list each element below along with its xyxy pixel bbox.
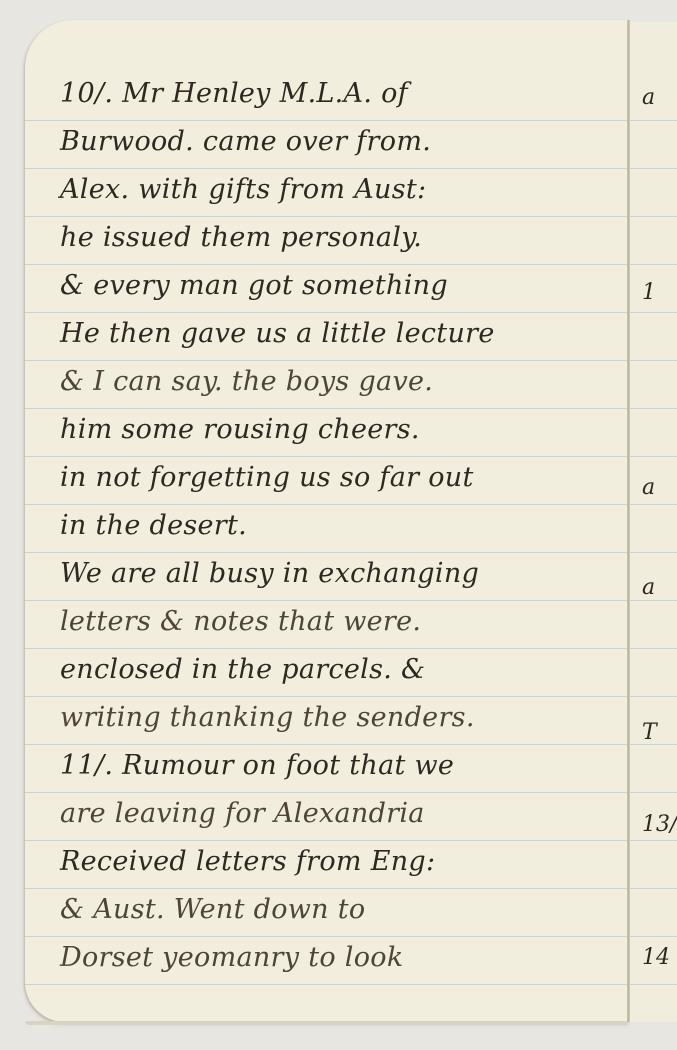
diary-line: enclosed in the parcels. & <box>60 646 630 694</box>
ruled-line <box>630 936 677 937</box>
right-page-fragment: 13/ <box>642 812 677 837</box>
ruled-line <box>630 696 677 697</box>
diary-right-page-edge: a 1 a a T 13/ 14 <box>630 22 677 1022</box>
right-page-fragment: a <box>642 85 655 110</box>
diary-line: & every man got something <box>60 262 630 310</box>
ruled-line <box>630 600 677 601</box>
ruled-line <box>630 648 677 649</box>
diary-line: writing thanking the senders. <box>60 694 630 742</box>
diary-line: Dorset yeomanry to look <box>60 934 630 982</box>
diary-line: are leaving for Alexandria <box>60 790 630 838</box>
ruled-line <box>25 984 628 985</box>
ruled-line <box>630 120 677 121</box>
ruled-line <box>630 360 677 361</box>
right-page-fragment: 1 <box>642 280 656 305</box>
diary-line: he issued them personaly. <box>60 214 630 262</box>
diary-line: 11/. Rumour on foot that we <box>60 742 630 790</box>
ruled-line <box>630 408 677 409</box>
ruled-line <box>630 312 677 313</box>
right-page-fragment: 14 <box>642 945 670 970</box>
ruled-line <box>630 456 677 457</box>
diary-line: 10/. Mr Henley M.L.A. of <box>60 70 630 118</box>
ruled-line <box>630 168 677 169</box>
ruled-line <box>630 264 677 265</box>
diary-line: He then gave us a little lecture <box>60 310 630 358</box>
ruled-line <box>630 888 677 889</box>
diary-line: & I can say. the boys gave. <box>60 358 630 406</box>
right-page-fragment: a <box>642 475 655 500</box>
right-page-fragment: T <box>642 720 657 745</box>
diary-entry-text: 10/. Mr Henley M.L.A. of Burwood. came o… <box>60 70 630 982</box>
ruled-line <box>630 840 677 841</box>
diary-line: & Aust. Went down to <box>60 886 630 934</box>
ruled-line <box>630 504 677 505</box>
diary-line: Burwood. came over from. <box>60 118 630 166</box>
right-page-fragment: a <box>642 575 655 600</box>
diary-line: We are all busy in exchanging <box>60 550 630 598</box>
ruled-line <box>630 792 677 793</box>
diary-line: in the desert. <box>60 502 630 550</box>
ruled-line <box>630 216 677 217</box>
diary-line: in not forgetting us so far out <box>60 454 630 502</box>
diary-line: Alex. with gifts from Aust: <box>60 166 630 214</box>
ruled-line <box>630 984 677 985</box>
diary-line: Received letters from Eng: <box>60 838 630 886</box>
ruled-line <box>630 552 677 553</box>
diary-line: him some rousing cheers. <box>60 406 630 454</box>
diary-line: letters & notes that were. <box>60 598 630 646</box>
